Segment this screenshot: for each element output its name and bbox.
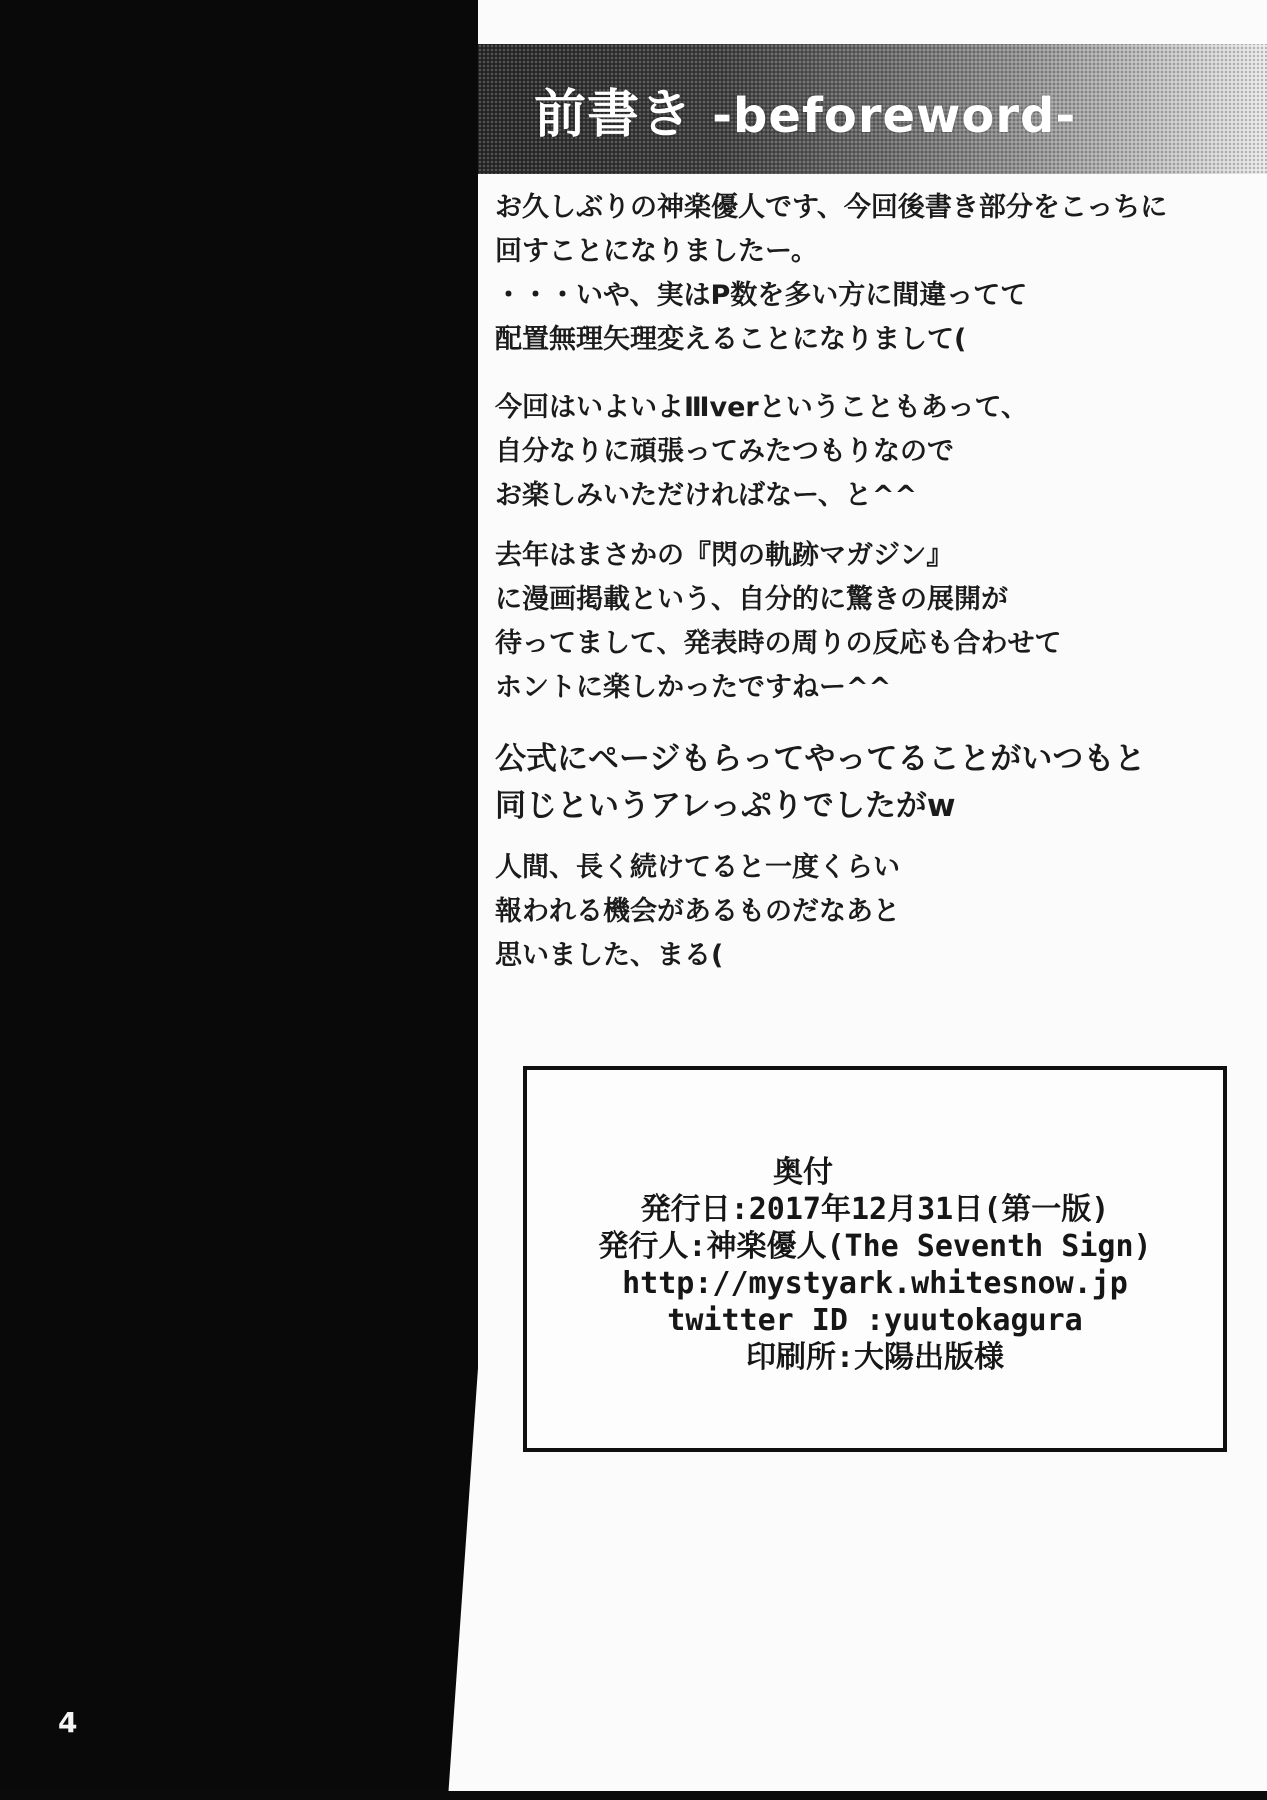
banner-title-en: -beforeword- — [712, 88, 1076, 144]
page-number: 4 — [58, 1706, 77, 1739]
paragraph-2: 今回はいよいよⅢverということもあって、 自分なりに頑張ってみたつもりなので … — [495, 386, 1028, 518]
text-line: 人間、長く続けてると一度くらい — [495, 846, 900, 890]
left-black-margin — [0, 0, 478, 1800]
text-line: 去年はまさかの『閃の軌跡マガジン』 — [495, 534, 1061, 578]
text-line: 配置無理矢理変えることになりまして( — [495, 318, 1167, 362]
text-line: 待ってまして、発表時の周りの反応も合わせて — [495, 622, 1061, 666]
colophon-publish-date: 発行日:2017年12月31日(第一版) — [527, 1191, 1223, 1228]
bottom-black-strip — [0, 1791, 1267, 1800]
colophon-twitter-id: twitter ID :yuutokagura — [527, 1302, 1223, 1339]
text-line: に漫画掲載という、自分的に驚きの展開が — [495, 578, 1061, 622]
text-line: 同じというアレっぷりでしたがw — [495, 783, 1145, 830]
banner-title-jp: 前書き — [534, 85, 693, 145]
scanned-doujin-page: 4 前書き -beforeword- お久しぶりの神楽優人です、今回後書き部分を… — [0, 0, 1267, 1800]
text-line: 自分なりに頑張ってみたつもりなので — [495, 430, 1028, 474]
text-line: 今回はいよいよⅢverということもあって、 — [495, 386, 1028, 430]
paragraph-3: 去年はまさかの『閃の軌跡マガジン』 に漫画掲載という、自分的に驚きの展開が 待っ… — [495, 534, 1061, 710]
text-line: ・・・いや、実はP数を多い方に間違ってて — [495, 274, 1167, 318]
colophon-title: 奥付 — [455, 1154, 1151, 1191]
colophon-publisher: 発行人:神楽優人(The Seventh Sign) — [527, 1228, 1223, 1265]
colophon-printer: 印刷所:大陽出版様 — [527, 1339, 1223, 1376]
text-line: 報われる機会があるものだなあと — [495, 890, 900, 934]
text-line: 公式にページもらってやってることがいつもと — [495, 736, 1145, 783]
paragraph-1: お久しぶりの神楽優人です、今回後書き部分をこっちに 回すことになりましたー。 ・… — [495, 186, 1167, 362]
text-line: ホントに楽しかったですねー^^ — [495, 666, 1061, 710]
paragraph-4: 公式にページもらってやってることがいつもと 同じというアレっぷりでしたがw — [495, 736, 1145, 830]
text-line: お久しぶりの神楽優人です、今回後書き部分をこっちに — [495, 186, 1167, 230]
foreword-banner: 前書き -beforeword- — [478, 44, 1267, 174]
text-line: 回すことになりましたー。 — [495, 230, 1167, 274]
colophon-website-url: http://mystyark.whitesnow.jp — [527, 1265, 1223, 1302]
text-line: 思いました、まる( — [495, 934, 900, 978]
text-line: お楽しみいただければなー、と^^ — [495, 474, 1028, 518]
colophon-box: 奥付 発行日:2017年12月31日(第一版) 発行人:神楽優人(The Sev… — [523, 1066, 1227, 1452]
banner-title: 前書き -beforeword- — [478, 72, 1076, 147]
paragraph-5: 人間、長く続けてると一度くらい 報われる機会があるものだなあと 思いました、まる… — [495, 846, 900, 978]
